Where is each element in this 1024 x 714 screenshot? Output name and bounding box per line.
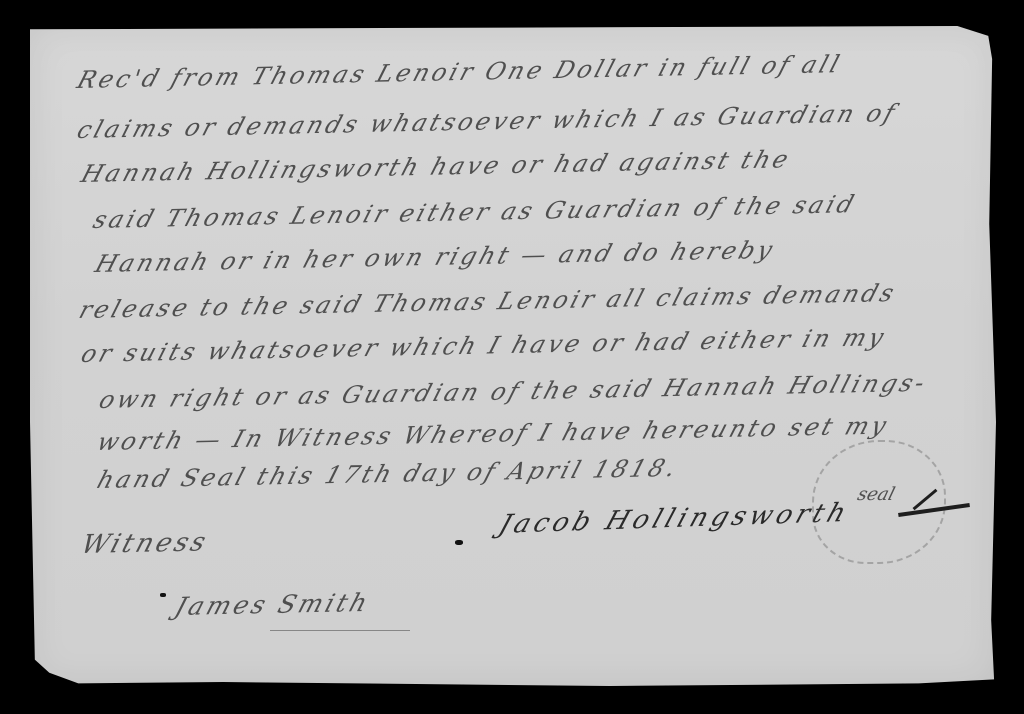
seal-label: seal — [855, 484, 897, 505]
witness-label: Witness — [77, 527, 212, 560]
witness-underline — [270, 630, 410, 631]
ink-blot — [455, 540, 463, 545]
scanned-document: Rec'd from Thomas Lenoir One Dollar in f… — [0, 0, 1024, 714]
ink-dash — [160, 593, 166, 597]
witness-name: James Smith — [172, 588, 374, 621]
